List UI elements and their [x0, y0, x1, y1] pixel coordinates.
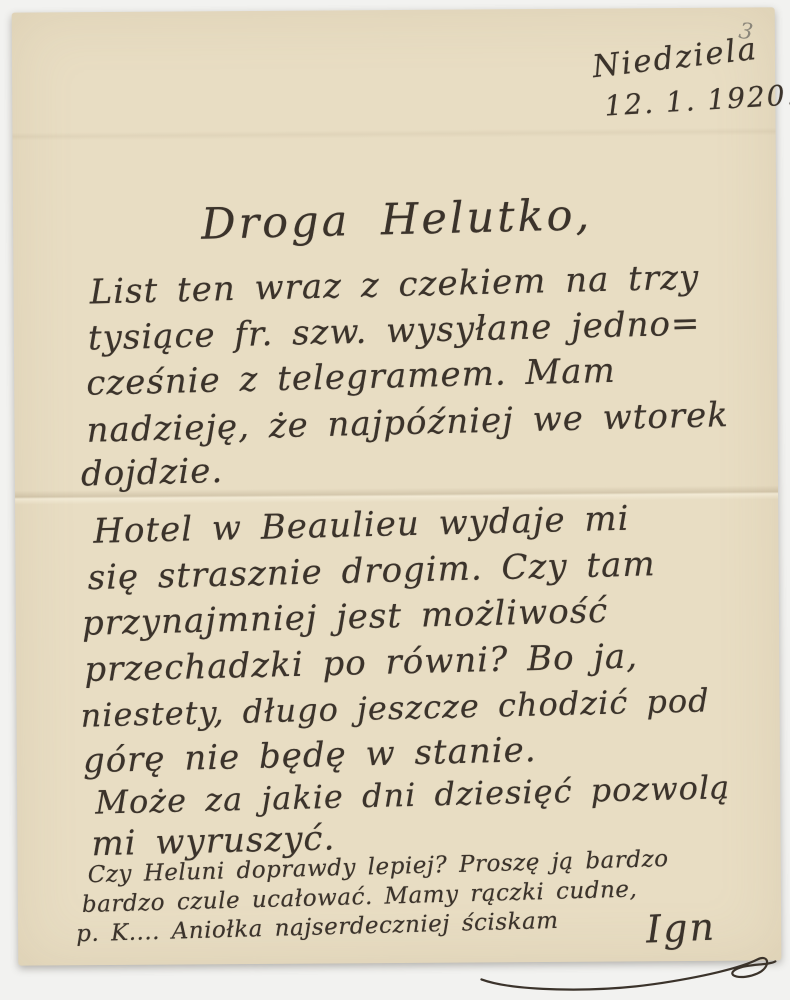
letter-line: przechadzki po równi? Bo ja, [84, 636, 639, 690]
letter-line: List ten wraz z czekiem na trzy [89, 258, 699, 313]
letter-line: górę nie będę w stanie. [82, 730, 537, 781]
fold-crease-faint [13, 127, 776, 140]
signature-flourish [473, 939, 783, 996]
letter-line: się strasznie drogim. Czy tam [87, 544, 656, 598]
letter-line: niestety, długo jeszcze chodzić pod [80, 681, 710, 734]
letter-line: dojdzie. [80, 451, 223, 494]
letter-line: cześnie z telegramem. Mam [86, 351, 616, 404]
dateline-date: 12. 1. 1920. [604, 78, 790, 122]
letter-line: przynajmniej jest możliwość [82, 591, 609, 644]
letter-paper-sheet: 3 Niedziela 12. 1. 1920. Droga Helutko, … [12, 7, 782, 965]
letter-line: Hotel w Beaulieu wydaje mi [93, 499, 630, 552]
letter-line: nadzieję, że najpóźniej we wtorek [86, 395, 729, 451]
salutation: Droga Helutko, [201, 190, 593, 250]
dateline-day: Niedziela [591, 31, 760, 85]
